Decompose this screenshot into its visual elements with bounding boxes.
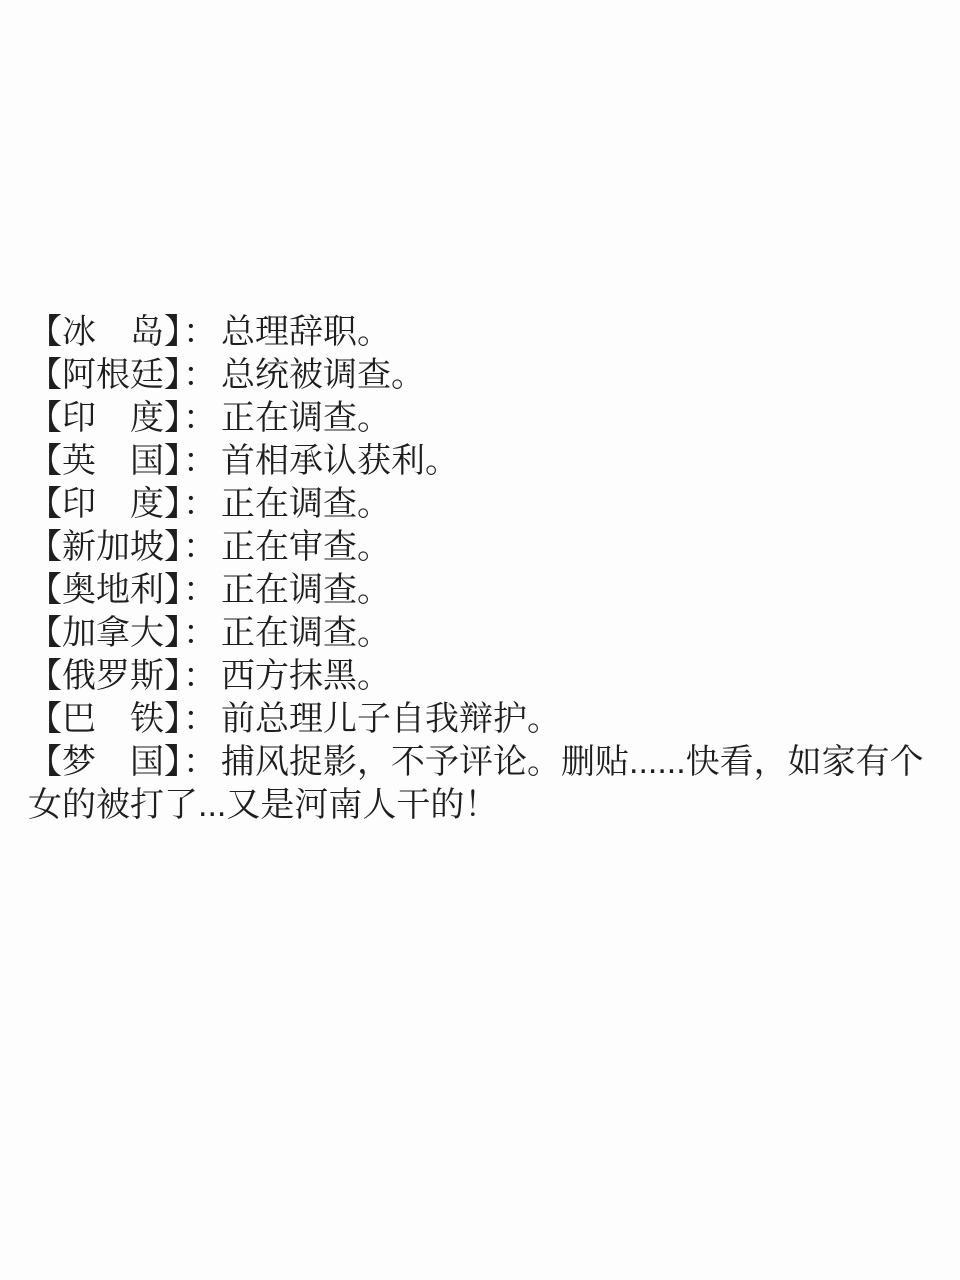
list-item: 【阿根廷】：总统被调查。 <box>28 354 942 397</box>
statement-text: 正在调查。 <box>221 571 391 609</box>
colon-separator: ： <box>183 657 217 695</box>
statement-text: 总理辞职。 <box>221 313 391 351</box>
country-label: 【英 国】 <box>28 442 181 480</box>
colon-separator: ： <box>183 700 217 738</box>
list-item: 【梦 国】：捕风捉影，不予评论。删贴......快看，如家有个女的被打了...又… <box>28 741 942 827</box>
colon-separator: ： <box>183 614 217 652</box>
list-item: 【印 度】：正在调查。 <box>28 397 942 440</box>
colon-separator: ： <box>183 528 217 566</box>
list-item: 【冰 岛】：总理辞职。 <box>28 311 942 354</box>
list-item: 【新加坡】：正在审查。 <box>28 526 942 569</box>
list-item: 【巴 铁】：前总理儿子自我辩护。 <box>28 698 942 741</box>
colon-separator: ： <box>183 399 217 437</box>
country-label: 【奥地利】 <box>28 571 181 609</box>
list-item: 【加拿大】：正在调查。 <box>28 612 942 655</box>
country-label: 【印 度】 <box>28 485 181 523</box>
country-label: 【巴 铁】 <box>28 700 181 738</box>
colon-separator: ： <box>183 743 217 781</box>
country-label: 【阿根廷】 <box>28 356 181 394</box>
country-label: 【冰 岛】 <box>28 313 181 351</box>
list-item: 【俄罗斯】：西方抹黑。 <box>28 655 942 698</box>
country-label: 【俄罗斯】 <box>28 657 181 695</box>
statement-text: 总统被调查。 <box>221 356 425 394</box>
list-item: 【英 国】：首相承认获利。 <box>28 440 942 483</box>
statement-text: 西方抹黑。 <box>221 657 391 695</box>
country-label: 【梦 国】 <box>28 743 181 781</box>
statement-text: 正在调查。 <box>221 485 391 523</box>
country-label: 【加拿大】 <box>28 614 181 652</box>
country-label: 【印 度】 <box>28 399 181 437</box>
colon-separator: ： <box>183 313 217 351</box>
list-item: 【印 度】：正在调查。 <box>28 483 942 526</box>
colon-separator: ： <box>183 356 217 394</box>
statement-text: 正在调查。 <box>221 399 391 437</box>
list-item: 【奥地利】：正在调查。 <box>28 569 942 612</box>
country-label: 【新加坡】 <box>28 528 181 566</box>
statement-text: 正在调查。 <box>221 614 391 652</box>
news-list: 【冰 岛】：总理辞职。 【阿根廷】：总统被调查。 【印 度】：正在调查。 【英 … <box>28 311 942 827</box>
statement-text: 正在审查。 <box>221 528 391 566</box>
colon-separator: ： <box>183 442 217 480</box>
statement-text: 首相承认获利。 <box>221 442 459 480</box>
colon-separator: ： <box>183 571 217 609</box>
statement-text: 前总理儿子自我辩护。 <box>221 700 561 738</box>
colon-separator: ： <box>183 485 217 523</box>
